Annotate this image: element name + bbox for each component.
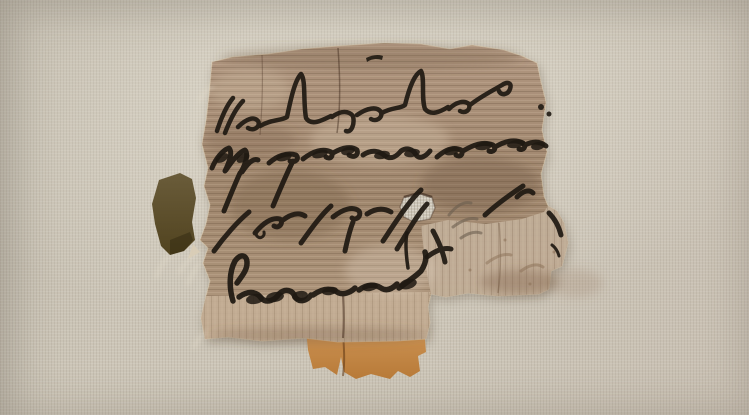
edge-fuzz-flap xyxy=(188,244,200,259)
photo-papyrus-fragment xyxy=(0,0,749,415)
olive-tab xyxy=(152,173,196,255)
papyrus-illustration xyxy=(0,0,749,415)
